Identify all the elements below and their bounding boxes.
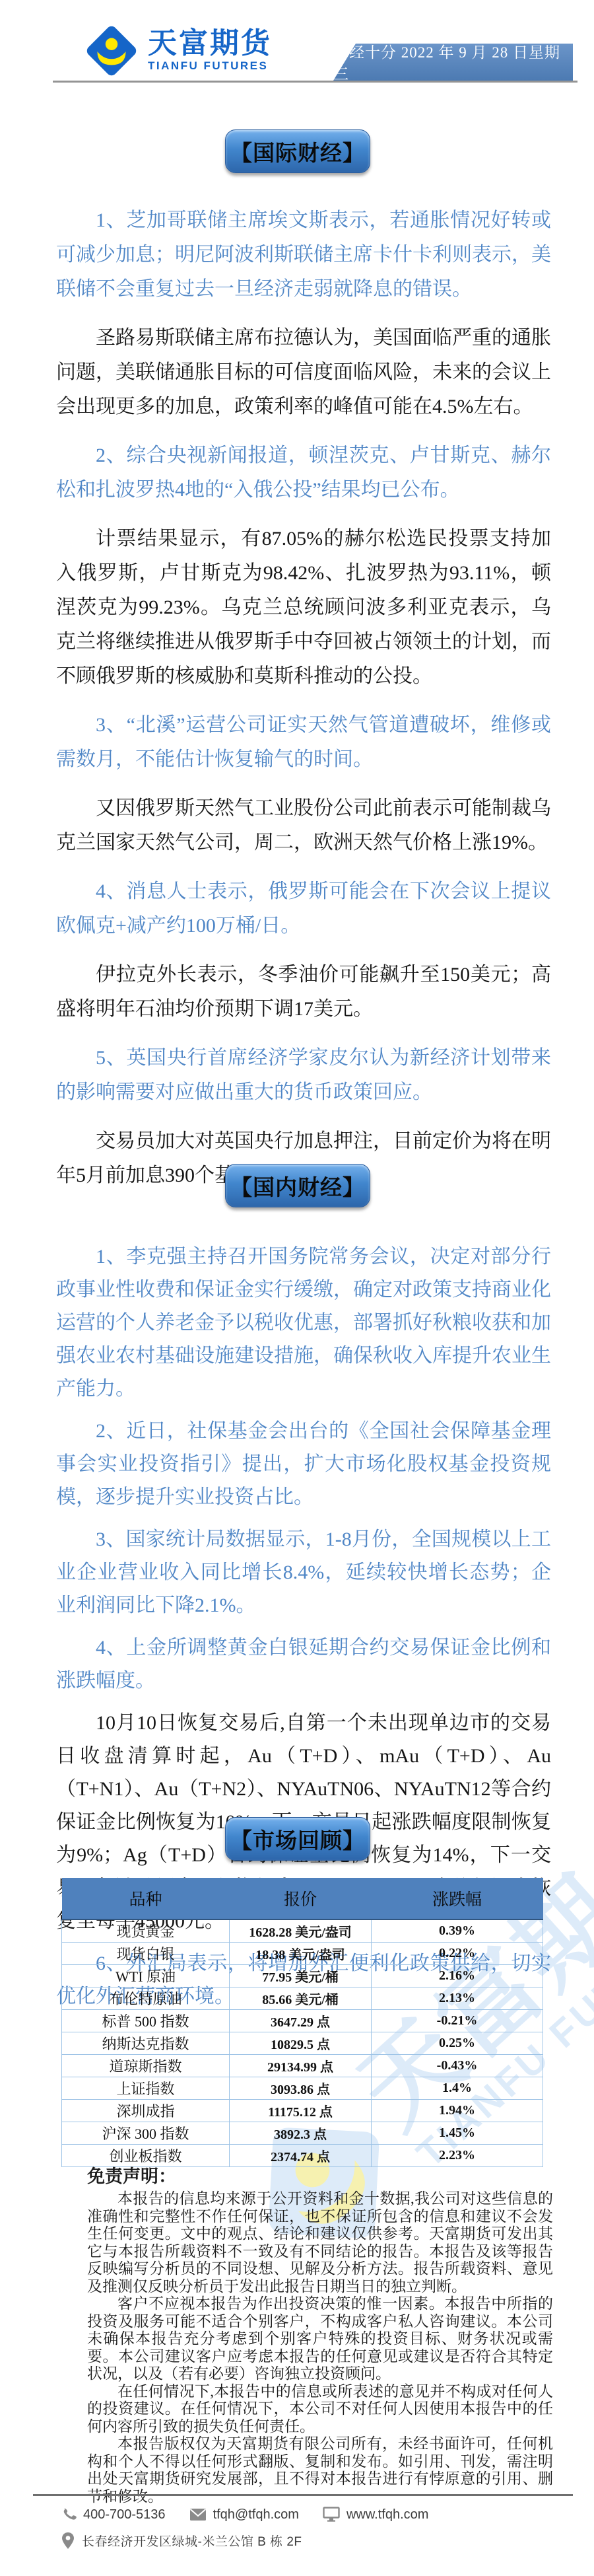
table-row: 深圳成指11175.12 点1.94% bbox=[62, 2100, 543, 2122]
disclaimer-paragraph-3: 在任何情况下,本报告中的信息或所表述的意见并不构成对任何人的投资建议。在任何情况… bbox=[87, 2383, 553, 2436]
table-row: 创业板指数2374.74 点2.23% bbox=[62, 2145, 543, 2167]
logo-diamond-icon bbox=[84, 24, 139, 78]
variety-cell: 现货黄金 bbox=[62, 1919, 230, 1943]
variety-cell: 现货白银 bbox=[62, 1943, 230, 1965]
quote-cell: 3647.29 点 bbox=[230, 2010, 372, 2032]
intl-item-5: 3、“北溪”运营公司证实天然气管道遭破坏，维修或需数月，不能估计恢复输气的时间。 bbox=[56, 708, 551, 777]
change-cell: -0.43% bbox=[372, 2055, 543, 2077]
change-cell: -0.21% bbox=[372, 2010, 543, 2032]
table-row: 布伦特原油85.66 美元/桶2.13% bbox=[62, 1987, 543, 2010]
table-row: 现货白银18.38 美元/盎司0.22% bbox=[62, 1943, 543, 1965]
table-row: 沪深 300 指数3892.3 点1.45% bbox=[62, 2122, 543, 2145]
newsletter-page: 天富期货 TIANFU FUTURES 天富期货 TIANFU FUTURES … bbox=[0, 0, 594, 2576]
company-logo: 天富期货 TIANFU FUTURES bbox=[84, 24, 272, 78]
section-title-text: 【国内财经】 bbox=[230, 1170, 365, 1201]
change-cell: 1.45% bbox=[372, 2122, 543, 2145]
quote-cell: 10829.5 点 bbox=[230, 2032, 372, 2055]
change-cell: 0.39% bbox=[372, 1919, 543, 1943]
change-cell: 2.23% bbox=[372, 2145, 543, 2167]
table-row: WTI 原油77.95 美元/桶2.16% bbox=[62, 1965, 543, 1987]
variety-cell: 上证指数 bbox=[62, 2077, 230, 2100]
table-header-row: 品种 报价 涨跌幅 bbox=[62, 1878, 543, 1919]
international-section: 1、芝加哥联储主席埃文斯表示，若通胀情况好转或可减少加息；明尼阿波利斯联储主席卡… bbox=[56, 203, 551, 1207]
change-cell: 1.4% bbox=[372, 2077, 543, 2100]
quote-cell: 29134.99 点 bbox=[230, 2055, 372, 2077]
variety-cell: 创业板指数 bbox=[62, 2145, 230, 2167]
monitor-icon bbox=[323, 2507, 340, 2522]
domestic-item-1: 1、李克强主持召开国务院常务会议，决定对部分行政事业性收费和保证金实行缓缴，确定… bbox=[56, 1240, 551, 1406]
logo-cn-text: 天富期货 bbox=[148, 28, 272, 59]
intl-item-9: 5、英国央行首席经济学家皮尔认为新经济计划带来的影响需要对应做出重大的货币政策回… bbox=[56, 1041, 551, 1110]
variety-cell: 标普 500 指数 bbox=[62, 2010, 230, 2032]
change-cell: 2.13% bbox=[372, 1987, 543, 2010]
table-row: 纳斯达克指数10829.5 点0.25% bbox=[62, 2032, 543, 2055]
quote-cell: 2374.74 点 bbox=[230, 2145, 372, 2167]
disclaimer-section: 免责声明： 本报告的信息均来源于公开资料和金十数据,我公司对这些信息的准确性和完… bbox=[87, 2165, 553, 2505]
address-text: 长春经济开发区绿城-米兰公馆 B 栋 2F bbox=[82, 2532, 302, 2550]
table-row: 标普 500 指数3647.29 点-0.21% bbox=[62, 2010, 543, 2032]
variety-cell: 道琼斯指数 bbox=[62, 2055, 230, 2077]
section-title-domestic: 【国内财经】 bbox=[225, 1164, 370, 1207]
section-title-international: 【国际财经】 bbox=[225, 129, 370, 173]
section-title-text: 【国际财经】 bbox=[230, 136, 365, 167]
footer-phone: 400-700-5136 bbox=[61, 2507, 166, 2522]
intl-item-1: 1、芝加哥联储主席埃文斯表示，若通胀情况好转或可减少加息；明尼阿波利斯联储主席卡… bbox=[56, 203, 551, 306]
domestic-item-3: 3、国家统计局数据显示，1-8月份，全国规模以上工业企业营业收入同比增长8.4%… bbox=[56, 1523, 551, 1622]
variety-cell: 深圳成指 bbox=[62, 2100, 230, 2122]
col-header-variety: 品种 bbox=[62, 1878, 230, 1919]
footer: 400-700-5136 tfqh@tfqh.com www.tfqh.com bbox=[61, 2507, 562, 2559]
header-divider bbox=[53, 81, 577, 83]
phone-icon bbox=[61, 2507, 77, 2522]
change-cell: 2.16% bbox=[372, 1965, 543, 1987]
intl-item-2: 圣路易斯联储主席布拉德认为，美国面临严重的通胀问题，美联储通胀目标的可信度面临风… bbox=[56, 321, 551, 424]
table-row: 上证指数3093.86 点1.4% bbox=[62, 2077, 543, 2100]
domestic-item-4: 4、上金所调整黄金白银延期合约交易保证金比例和涨跌幅度。 bbox=[56, 1631, 551, 1698]
logo-en-text: TIANFU FUTURES bbox=[148, 59, 272, 73]
date-banner-text: 财经十分 2022 年 9 月 28 日星期三 bbox=[333, 40, 573, 84]
domestic-item-2: 2、近日，社保基金会出台的《全国社会保障基金理事会实业投资指引》提出，扩大市场化… bbox=[56, 1415, 551, 1514]
change-cell: 0.22% bbox=[372, 1943, 543, 1965]
disclaimer-paragraph-2: 客户不应视本报告为作出投资决策的惟一因素。本报告中所指的投资及服务可能不适合个别… bbox=[87, 2295, 553, 2383]
col-header-change: 涨跌幅 bbox=[372, 1878, 543, 1919]
quote-cell: 3093.86 点 bbox=[230, 2077, 372, 2100]
table-row: 现货黄金1628.28 美元/盎司0.39% bbox=[62, 1919, 543, 1943]
location-pin-icon bbox=[61, 2532, 75, 2550]
variety-cell: 纳斯达克指数 bbox=[62, 2032, 230, 2055]
intl-item-4: 计票结果显示，有87.05%的赫尔松选民投票支持加入俄罗斯，卢甘斯克为98.42… bbox=[56, 522, 551, 694]
mail-icon bbox=[189, 2507, 207, 2522]
footer-address: 长春经济开发区绿城-米兰公馆 B 栋 2F bbox=[61, 2532, 302, 2550]
quote-cell: 11175.12 点 bbox=[230, 2100, 372, 2122]
market-review-table: 品种 报价 涨跌幅 现货黄金1628.28 美元/盎司0.39% 现货白银18.… bbox=[61, 1878, 543, 2167]
date-banner: 财经十分 2022 年 9 月 28 日星期三 bbox=[333, 44, 573, 81]
footer-divider bbox=[33, 2494, 573, 2496]
change-cell: 0.25% bbox=[372, 2032, 543, 2055]
disclaimer-paragraph-1: 本报告的信息均来源于公开资料和金十数据,我公司对这些信息的准确性和完整性不作任何… bbox=[87, 2190, 553, 2295]
intl-item-6: 又因俄罗斯天然气工业股份公司此前表示可能制裁乌克兰国家天然气公司，周二，欧洲天然… bbox=[56, 791, 551, 860]
intl-item-3: 2、综合央视新闻报道，顿涅茨克、卢甘斯克、赫尔松和扎波罗热4地的“入俄公投”结果… bbox=[56, 439, 551, 507]
variety-cell: WTI 原油 bbox=[62, 1965, 230, 1987]
intl-item-8: 伊拉克外长表示，冬季油价可能飙升至150美元；高盛将明年石油均价预期下调17美元… bbox=[56, 958, 551, 1026]
website-url: www.tfqh.com bbox=[346, 2507, 428, 2522]
variety-cell: 布伦特原油 bbox=[62, 1987, 230, 2010]
intl-item-7: 4、消息人士表示，俄罗斯可能会在下次会议上提议欧佩克+减产约100万桶/日。 bbox=[56, 875, 551, 943]
section-title-market: 【市场回顾】 bbox=[225, 1817, 370, 1861]
disclaimer-heading: 免责声明： bbox=[87, 2165, 553, 2188]
col-header-quote: 报价 bbox=[230, 1878, 372, 1919]
phone-number: 400-700-5136 bbox=[83, 2507, 166, 2522]
email-address: tfqh@tfqh.com bbox=[213, 2507, 299, 2522]
change-cell: 1.94% bbox=[372, 2100, 543, 2122]
table-row: 道琼斯指数29134.99 点-0.43% bbox=[62, 2055, 543, 2077]
quote-cell: 77.95 美元/桶 bbox=[230, 1965, 372, 1987]
quote-cell: 18.38 美元/盎司 bbox=[230, 1943, 372, 1965]
section-title-text: 【市场回顾】 bbox=[230, 1824, 365, 1855]
footer-website: www.tfqh.com bbox=[323, 2507, 428, 2522]
footer-email: tfqh@tfqh.com bbox=[189, 2507, 299, 2522]
quote-cell: 1628.28 美元/盎司 bbox=[230, 1919, 372, 1943]
quote-cell: 85.66 美元/桶 bbox=[230, 1987, 372, 2010]
quote-cell: 3892.3 点 bbox=[230, 2122, 372, 2145]
variety-cell: 沪深 300 指数 bbox=[62, 2122, 230, 2145]
